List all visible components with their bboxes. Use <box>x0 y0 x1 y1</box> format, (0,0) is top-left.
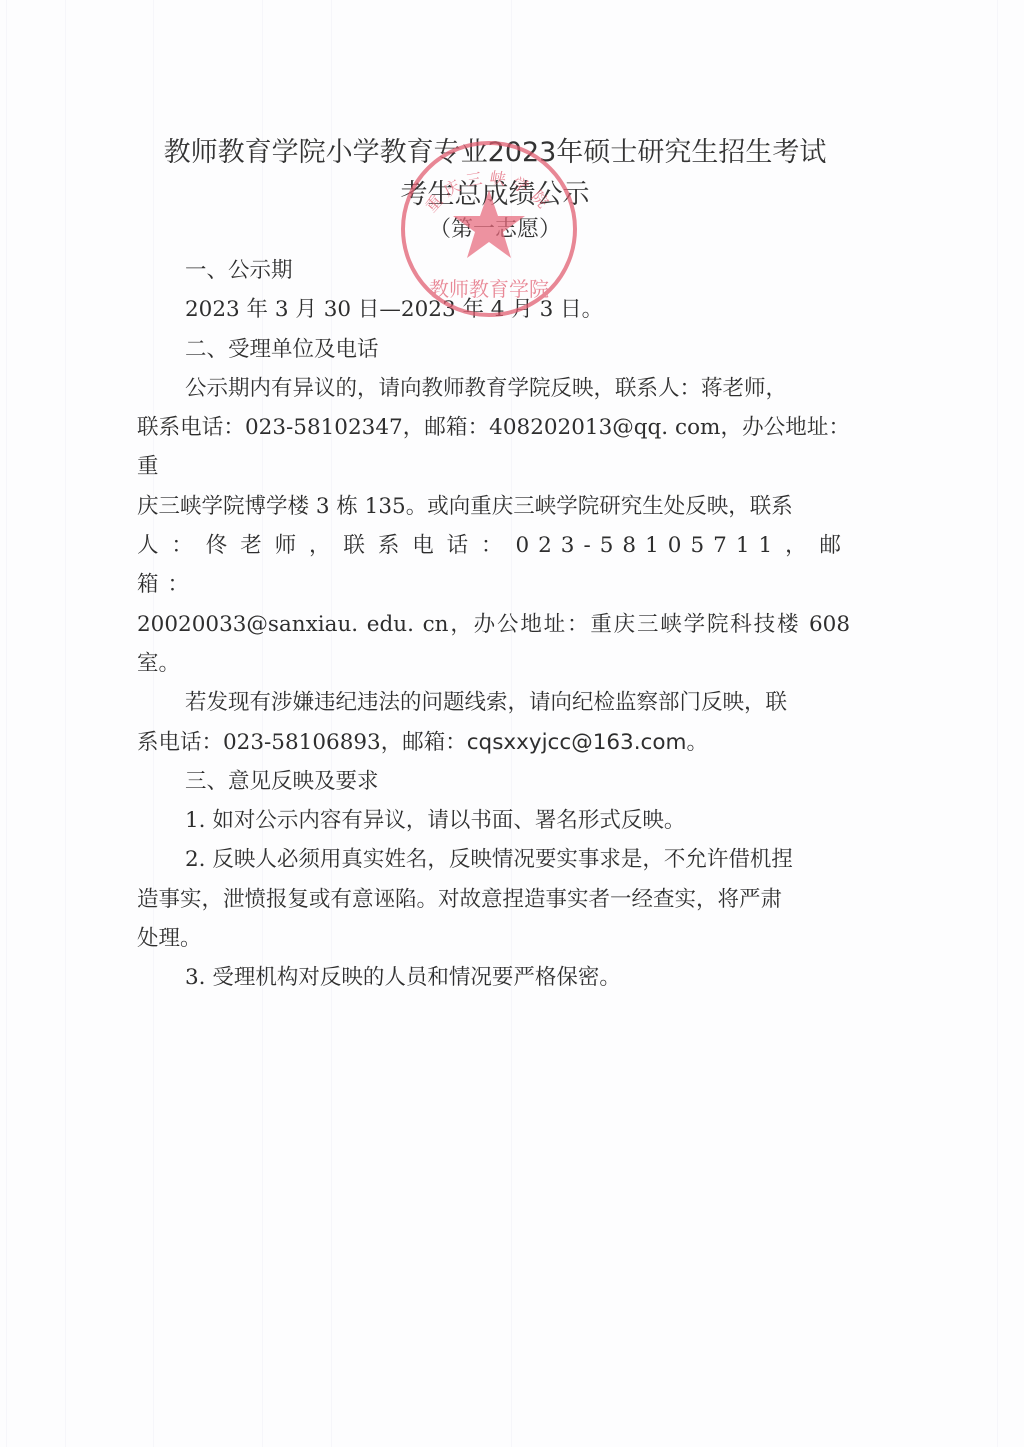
requirement-1: 1. 如对公示内容有异议，请以书面、署名形式反映。 <box>137 801 850 840</box>
paragraph-text: 系电话：023-58106893，邮箱： <box>137 730 467 755</box>
scan-artifact <box>997 0 998 1447</box>
discipline-paragraph: 若发现有涉嫌违纪违法的问题线索，请向纪检监察部门反映，联 系电话：023-581… <box>137 683 850 762</box>
paragraph-line: 人：佟老师，联系电话：023-58105711，邮箱： <box>137 526 850 605</box>
document-title-line-1: 教师教育学院小学教育专业2023年硕士研究生招生考试 <box>130 130 860 169</box>
paragraph-line: 20020033@sanxiau. edu. cn，办公地址：重庆三峡学院科技楼… <box>137 605 850 684</box>
discipline-email: cqsxxyjcc@163.com。 <box>467 730 708 755</box>
paragraph-line: 造事实，泄愤报复或有意诬陷。对故意捏造事实者一经查实，将严肃 <box>137 880 850 919</box>
paragraph-line: 2. 反映人必须用真实姓名，反映情况要实事求是，不允许借机捏 <box>137 840 850 879</box>
document-body: 一、公示期 2023 年 3 月 30 日—2023 年 4 月 3 日。 二、… <box>137 251 850 998</box>
contact-paragraph: 公示期内有异议的，请向教师教育学院反映，联系人：蒋老师， 联系电话：023-58… <box>137 369 850 683</box>
paragraph-line: 联系电话：023-58102347，邮箱：408202013@qq. com，办… <box>137 408 850 487</box>
paragraph-line: 处理。 <box>137 919 850 958</box>
scan-artifact <box>6 0 7 1447</box>
paragraph-line: 公示期内有异议的，请向教师教育学院反映，联系人：蒋老师， <box>137 369 850 408</box>
section-heading-1: 一、公示期 <box>137 251 850 290</box>
notice-period: 2023 年 3 月 30 日—2023 年 4 月 3 日。 <box>137 290 850 329</box>
document-page: 教师教育学院小学教育专业2023年硕士研究生招生考试 考生总成绩公示 （第一志愿… <box>0 0 1024 1447</box>
paragraph-line: 庆三峡学院博学楼 3 栋 135。或向重庆三峡学院研究生处反映，联系 <box>137 487 850 526</box>
section-heading-2: 二、受理单位及电话 <box>137 330 850 369</box>
scan-artifact <box>65 0 66 1447</box>
paragraph-line: 若发现有涉嫌违纪违法的问题线索，请向纪检监察部门反映，联 <box>137 683 850 722</box>
requirement-3: 3. 受理机构对反映的人员和情况要严格保密。 <box>137 958 850 997</box>
document-subtitle: （第一志愿） <box>130 212 860 243</box>
document-title-line-2: 考生总成绩公示 <box>130 172 860 211</box>
section-heading-3: 三、意见反映及要求 <box>137 762 850 801</box>
paragraph-line: 系电话：023-58106893，邮箱：cqsxxyjcc@163.com。 <box>137 723 850 762</box>
requirement-2: 2. 反映人必须用真实姓名，反映情况要实事求是，不允许借机捏 造事实，泄愤报复或… <box>137 840 850 958</box>
